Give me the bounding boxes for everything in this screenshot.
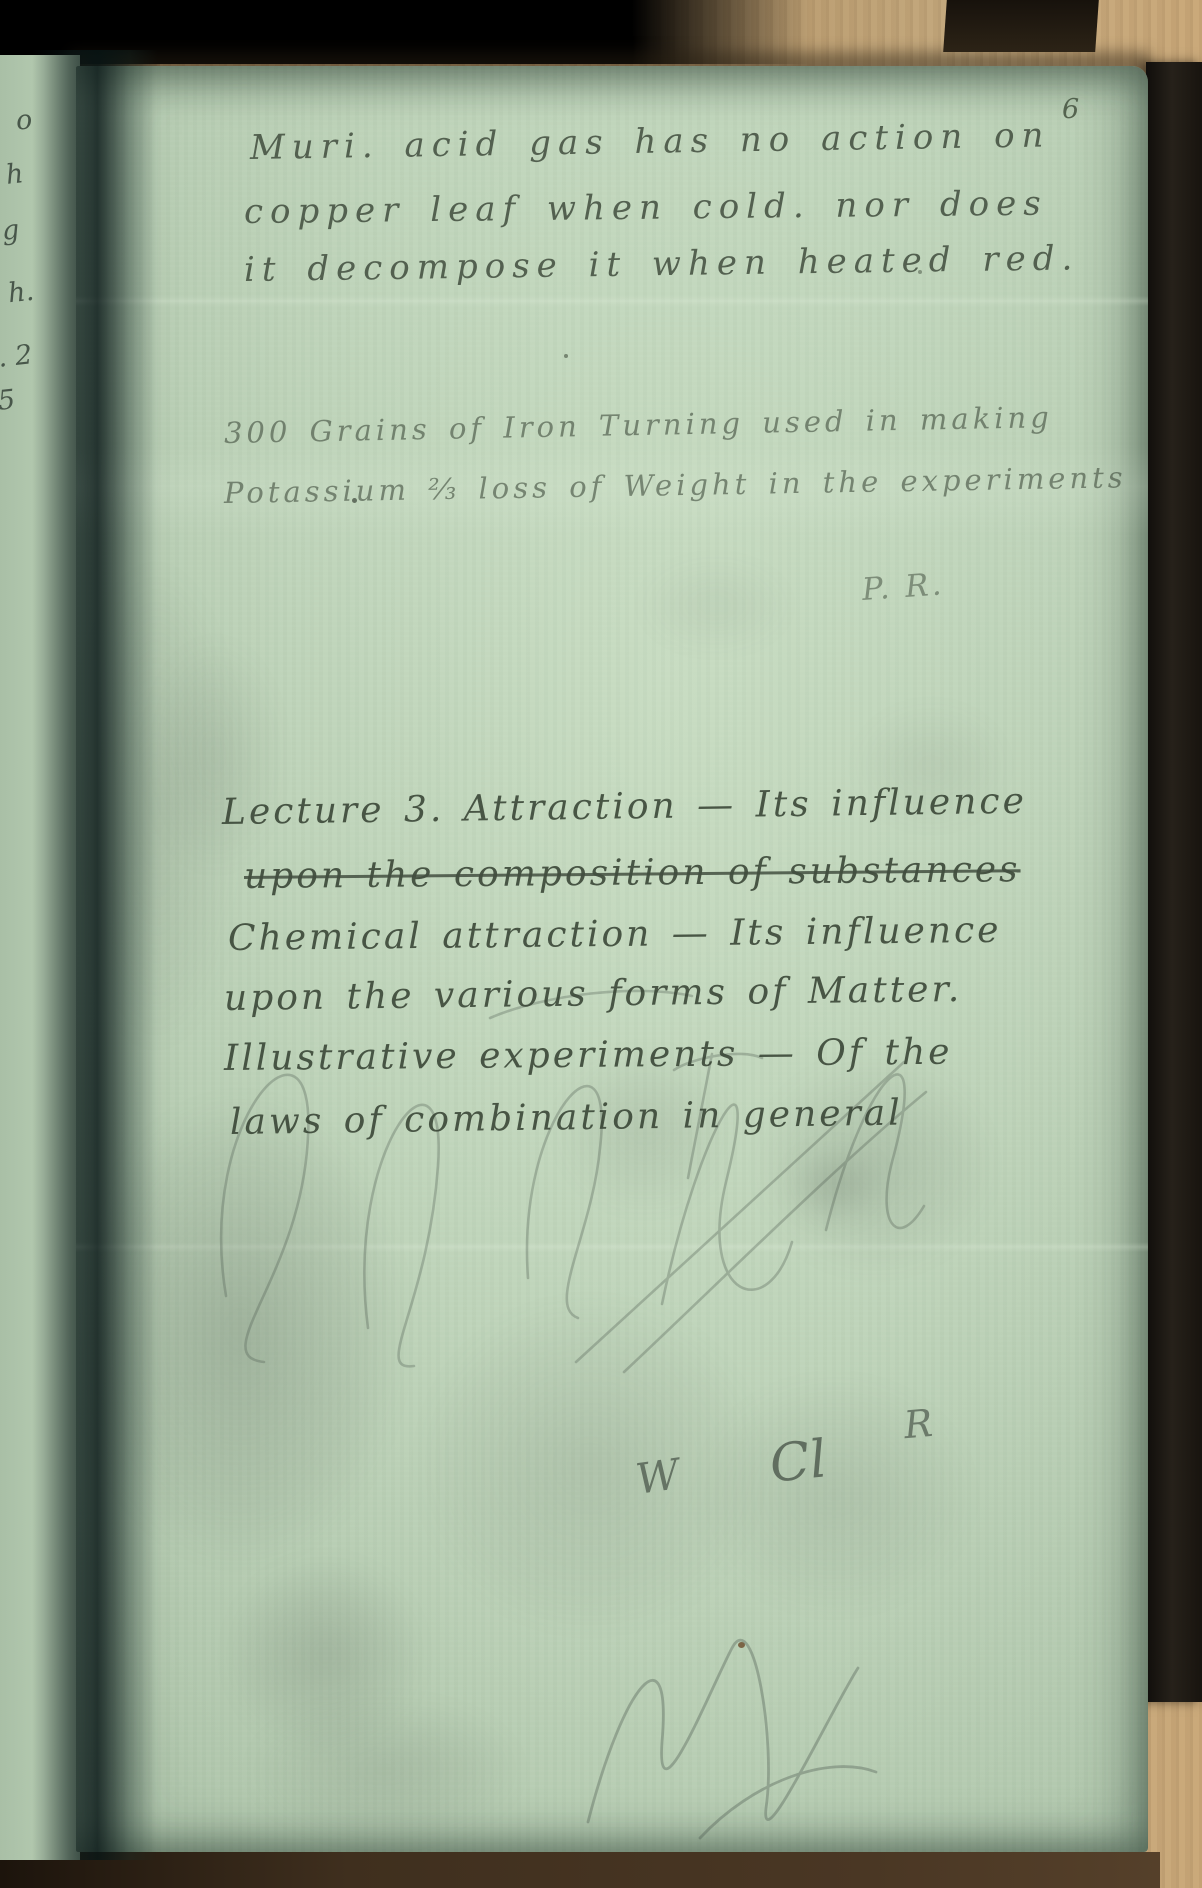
manuscript-page: 6 Muri. acid gas has no action on copper… (76, 66, 1148, 1852)
signature: P. R. (861, 566, 946, 608)
margin-fragment: 5 (0, 384, 17, 417)
margin-fragment: h (4, 158, 25, 191)
pencil-letter: R (902, 1401, 934, 1447)
lecture-heading-line-struck: upon the composition of substances (244, 849, 1021, 897)
manuscript-line: copper leaf when cold. nor does (244, 184, 1048, 232)
book-cover-corner (943, 0, 1099, 52)
lecture-heading-line: Chemical attraction — Its influence (228, 910, 1002, 959)
pencil-letter: Cl (767, 1429, 829, 1495)
gutter-shadow (32, 50, 158, 1860)
pencil-scribble-flourishes (76, 66, 1148, 1852)
lecture-heading-line: Illustrative experiments — Of the (224, 1032, 953, 1079)
margin-fragment: . 2 (0, 339, 34, 373)
margin-fragment: o (14, 104, 33, 137)
pencil-letter: W (633, 1449, 683, 1504)
margin-fragment: g (0, 214, 20, 247)
page-number: 6 (1062, 94, 1079, 125)
book-bottom-edge (0, 1852, 1160, 1888)
book-binding-edge (1146, 62, 1202, 1702)
